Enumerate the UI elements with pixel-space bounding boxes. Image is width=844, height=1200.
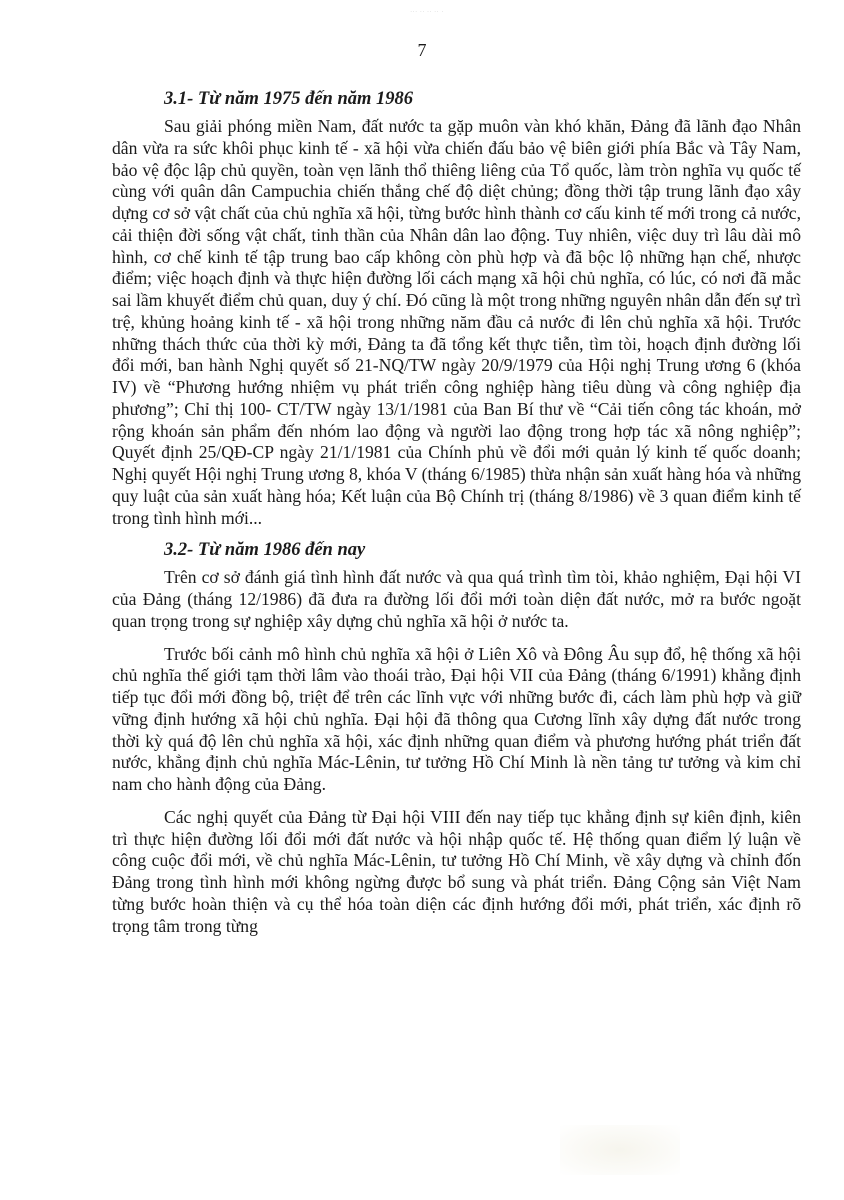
section-heading-3-1: 3.1- Từ năm 1975 đến năm 1986 (112, 88, 801, 110)
paragraph-3-2-3: Các nghị quyết của Đảng từ Đại hội VIII … (112, 807, 801, 938)
page-number: 7 (0, 40, 844, 60)
paragraph-3-1-1: Sau giải phóng miền Nam, đất nước ta gặp… (112, 116, 801, 529)
paragraph-3-2-2: Trước bối cảnh mô hình chủ nghĩa xã hội … (112, 644, 801, 796)
scan-artifact-mark: ··· ·· ·· ·· · (372, 8, 482, 34)
section-heading-3-2: 3.2- Từ năm 1986 đến nay (112, 539, 801, 561)
document-body: 3.1- Từ năm 1975 đến năm 1986 Sau giải p… (112, 88, 801, 937)
paragraph-3-2-1: Trên cơ sở đánh giá tình hình đất nước v… (112, 567, 801, 632)
paper-stain (560, 1125, 680, 1175)
